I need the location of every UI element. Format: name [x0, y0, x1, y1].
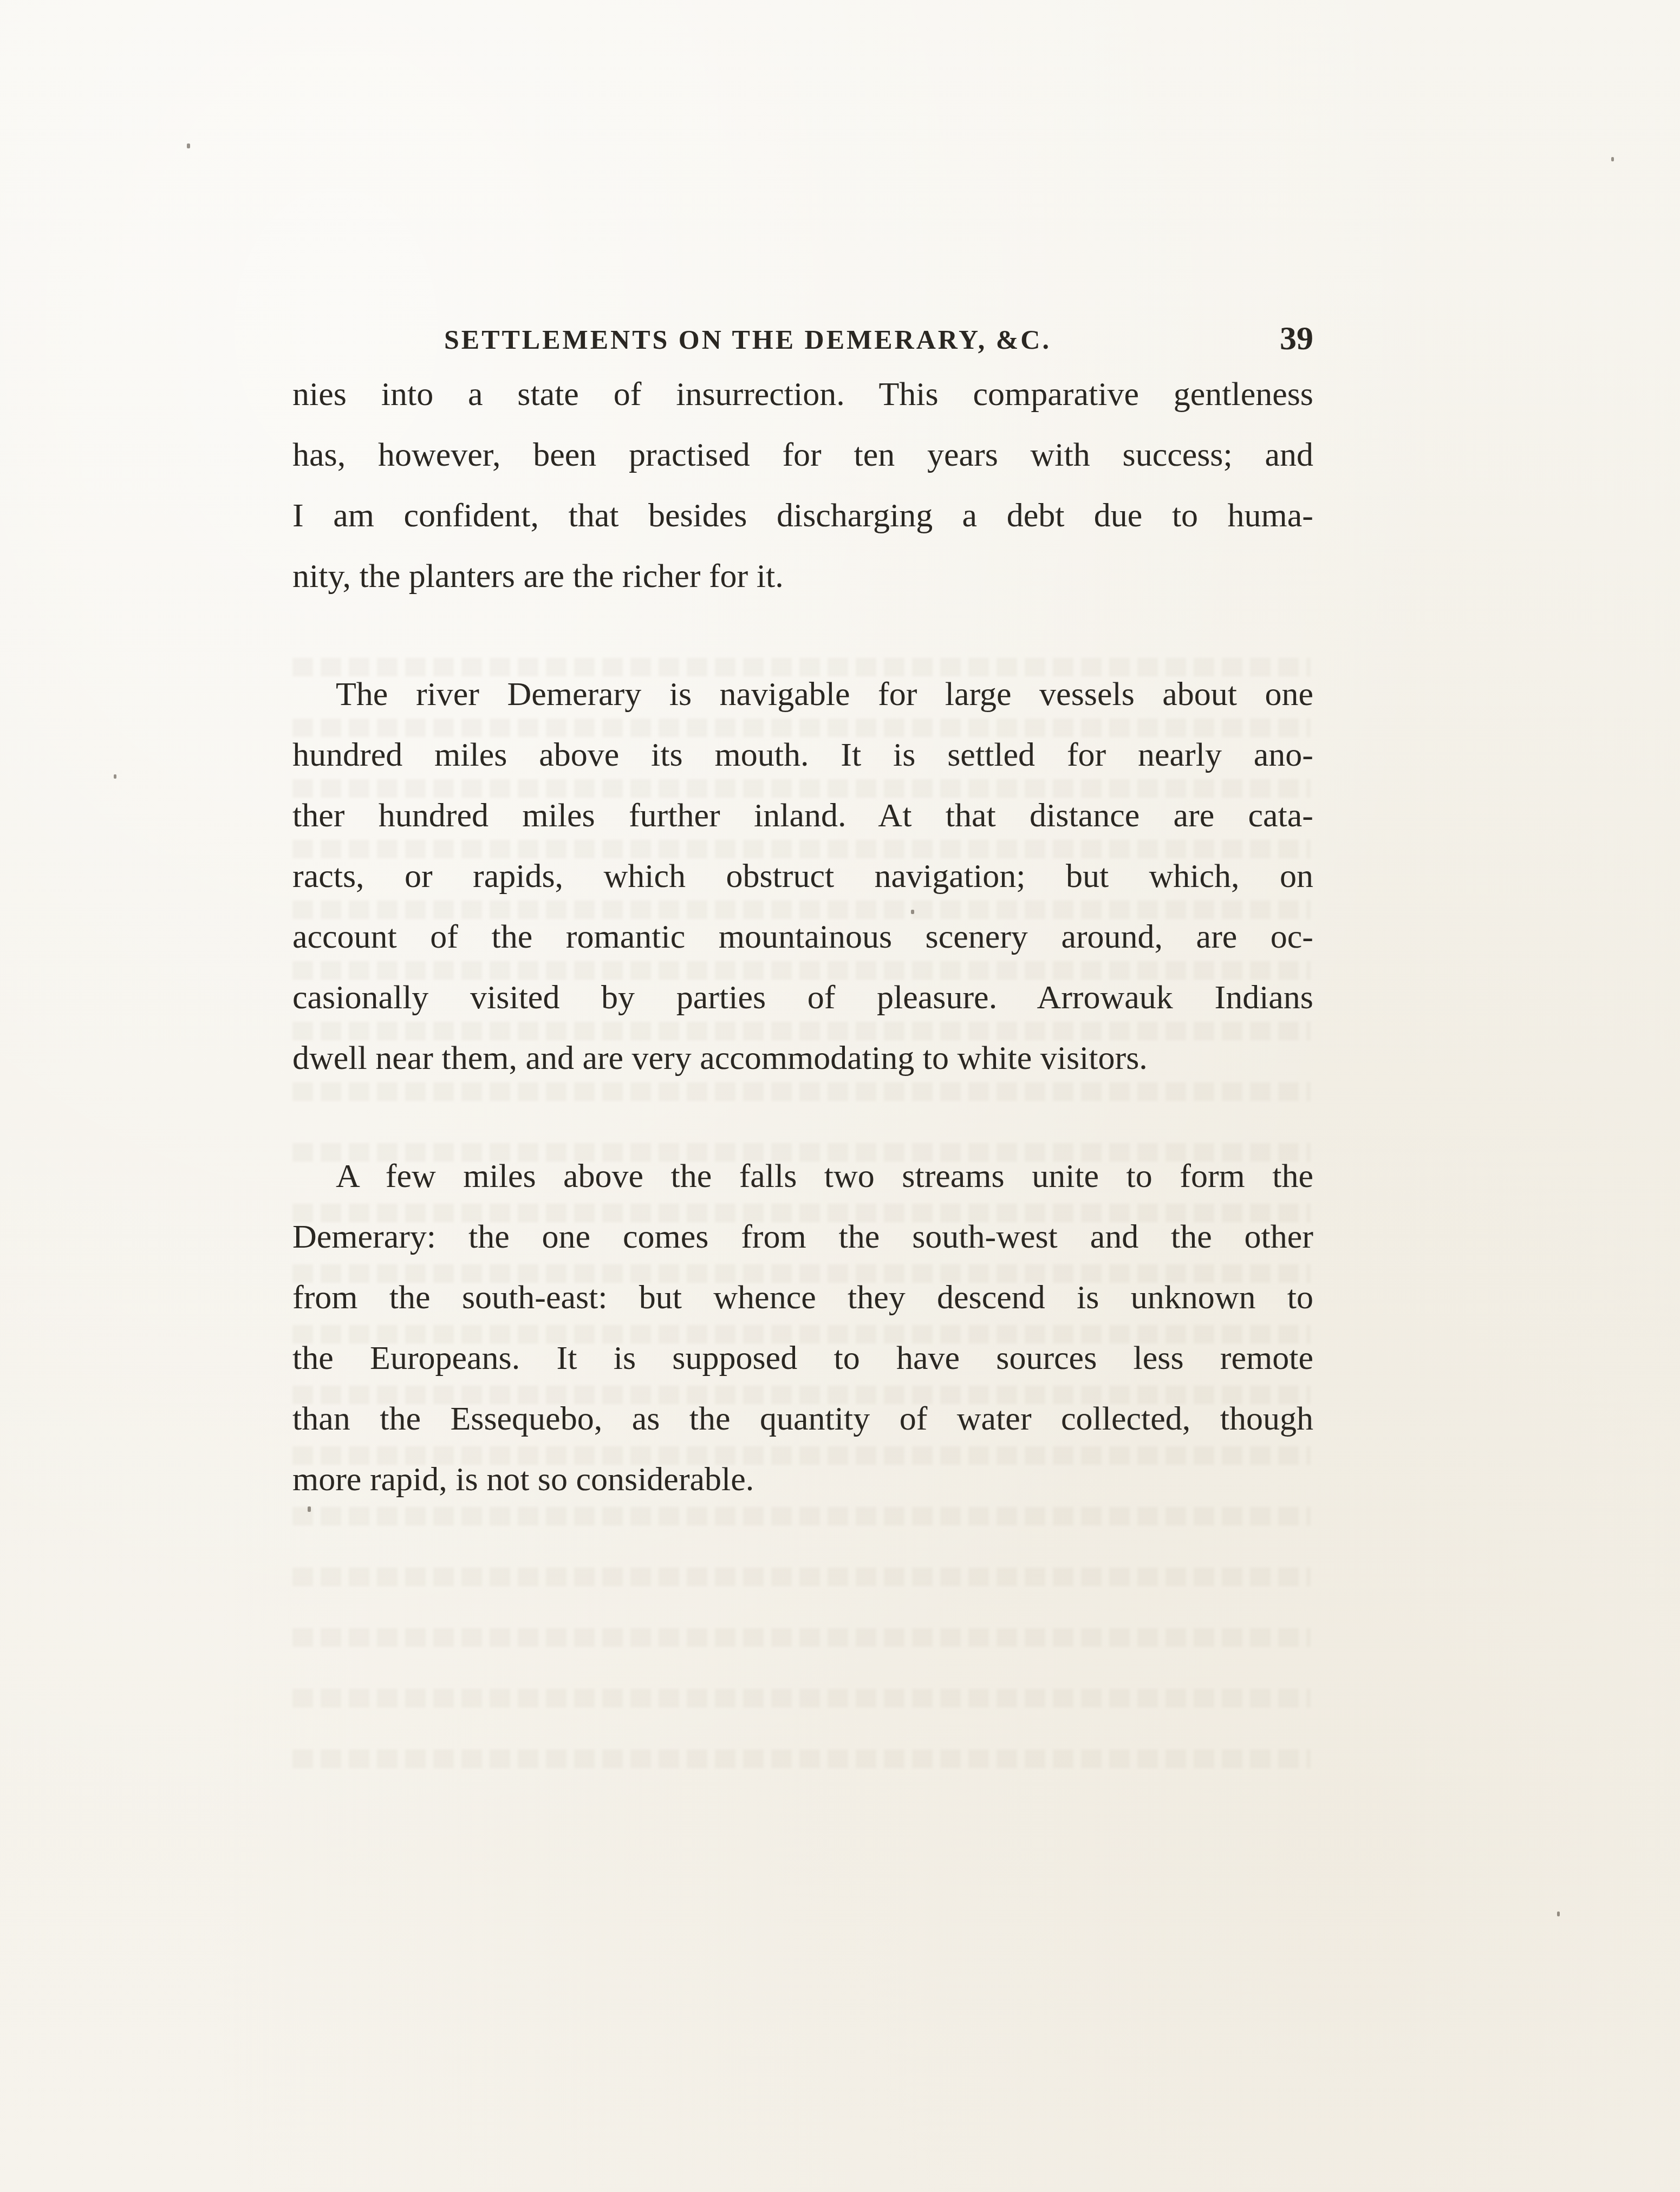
paper-speck — [1557, 1912, 1560, 1916]
book-page: Settlements on the Demerary, &c. 39 nies… — [292, 303, 1313, 1510]
text-line: more rapid, is not so considerable. — [292, 1449, 1313, 1510]
paper-speck — [187, 143, 190, 148]
paper-speck — [1611, 157, 1614, 161]
paragraph-spacer — [292, 1088, 1313, 1146]
text-line: dwell near them, and are very accommodat… — [292, 1028, 1313, 1088]
running-head: Settlements on the Demerary, &c. 39 — [292, 303, 1313, 357]
ghost-line — [292, 1628, 1311, 1647]
text-line: A few miles above the falls two streams … — [292, 1146, 1313, 1206]
page-number: 39 — [1280, 322, 1313, 357]
paper-speck — [911, 910, 914, 914]
text-line: has, however, been practised for ten yea… — [292, 425, 1313, 485]
paragraph-1: nies into a state of insurrection. This … — [292, 364, 1313, 606]
text-line: I am confident, that besides discharging… — [292, 485, 1313, 546]
text-line: Demerary: the one comes from the south-w… — [292, 1206, 1313, 1267]
paragraph-3: A few miles above the falls two streams … — [292, 1146, 1313, 1510]
ghost-line — [292, 1750, 1311, 1768]
paper-speck — [308, 1506, 311, 1512]
text-line: casionally visited by parties of pleasur… — [292, 967, 1313, 1028]
text-line: ther hundred miles further inland. At th… — [292, 785, 1313, 846]
text-line: nies into a state of insurrection. This … — [292, 364, 1313, 425]
text-line: racts, or rapids, which obstruct navigat… — [292, 846, 1313, 906]
text-line: The river Demerary is navigable for larg… — [292, 664, 1313, 725]
paragraph-2: The river Demerary is navigable for larg… — [292, 664, 1313, 1088]
text-line: from the south-east: but whence they des… — [292, 1267, 1313, 1328]
paragraph-spacer — [292, 606, 1313, 664]
running-head-title: Settlements on the Demerary, &c. — [444, 326, 1051, 357]
body-text: nies into a state of insurrection. This … — [292, 364, 1313, 1510]
ghost-line — [292, 1568, 1311, 1586]
text-line: account of the romantic mountainous scen… — [292, 906, 1313, 967]
ghost-line — [292, 1689, 1311, 1707]
text-line: hundred miles above its mouth. It is set… — [292, 725, 1313, 785]
text-line: than the Essequebo, as the quantity of w… — [292, 1388, 1313, 1449]
paper-speck — [114, 774, 116, 779]
text-line: nity, the planters are the richer for it… — [292, 546, 1313, 606]
ghost-line — [292, 1507, 1311, 1525]
text-line: the Europeans. It is supposed to have so… — [292, 1328, 1313, 1388]
